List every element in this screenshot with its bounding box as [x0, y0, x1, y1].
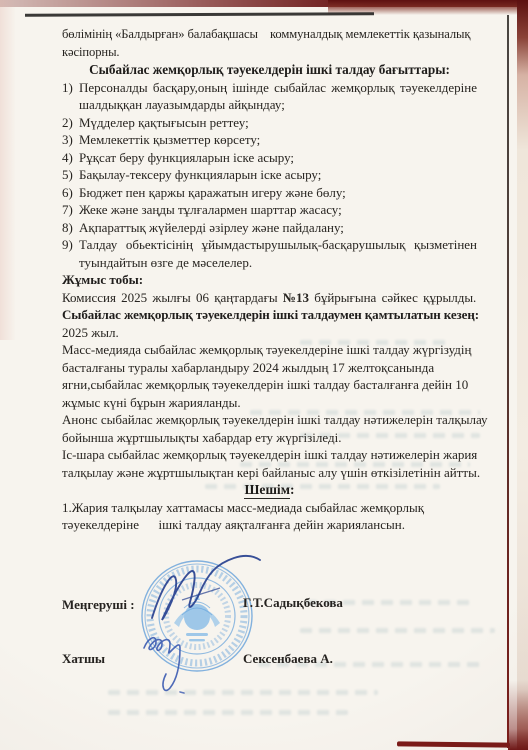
announcement-paragraph: Анонс сыбайлас жемқорлық тәуекелдерін іш…	[62, 411, 477, 446]
list-item-text: Мүдделер қақтығысын реттеу;	[79, 114, 477, 132]
decision-heading-text: Шешім	[244, 482, 289, 499]
list-item: 3)Мемлекеттік қызметтер көрсету;	[62, 131, 477, 149]
right-page-edge	[517, 0, 528, 750]
decision-heading: Шешім:	[62, 481, 477, 499]
list-item-number: 7)	[62, 201, 79, 219]
bottom-right-red-corner	[508, 680, 528, 750]
list-item: 9)Талдау обьектісінің ұйымдастырушылық-б…	[62, 236, 477, 271]
secretary-role-label: Хатшы	[62, 651, 105, 667]
list-item-text: Рұқсат беру функцияларын іске асыру;	[79, 149, 477, 167]
list-item-number: 8)	[62, 219, 79, 237]
list-item-text: Мемлекеттік қызметтер көрсету;	[79, 131, 477, 149]
list-item-text: Бақылау-тексеру функцияларын іске асыру;	[79, 166, 477, 184]
list-item-text: Ақпараттық жүйелерді әзірлеу және пайдал…	[79, 219, 477, 237]
list-item-number: 3)	[62, 131, 79, 149]
list-item-number: 6)	[62, 184, 79, 202]
analysis-period-value: 2025 жыл.	[62, 324, 477, 342]
decision-heading-colon: :	[290, 482, 295, 497]
list-item-number: 5)	[62, 166, 79, 184]
left-edge-tint	[0, 0, 16, 340]
list-item: 2)Мүдделер қақтығысын реттеу;	[62, 114, 477, 132]
page-fold-line	[507, 15, 509, 748]
list-item: 8)Ақпараттық жүйелерді әзірлеу және пайд…	[62, 219, 477, 237]
list-item-text: Талдау обьектісінің ұйымдастырушылық-бас…	[79, 236, 477, 271]
list-item-number: 1)	[62, 79, 79, 114]
list-item-text: Жеке және заңды тұлғалармен шарттар жаса…	[79, 201, 477, 219]
document-body: бөлімінің «Балдырған» балабақшасы коммун…	[62, 26, 477, 534]
list-item-text: Персоналды басқару,оның ішінде сыбайлас …	[79, 79, 477, 114]
list-item-number: 4)	[62, 149, 79, 167]
intro-paragraph: бөлімінің «Балдырған» балабақшасы коммун…	[62, 26, 477, 61]
list-item-number: 9)	[62, 236, 79, 271]
signature-manager	[142, 548, 282, 633]
decision-item: 1.Жария талқылау хаттамасы масс-медиада …	[62, 499, 477, 534]
directions-heading: Сыбайлас жемқорлық тәуекелдерін ішкі тал…	[62, 61, 477, 79]
commission-line: Комиссия 2025 жылғы 06 қаңтардағы №13 бұ…	[62, 289, 477, 307]
commission-pre: Комиссия 2025 жылғы 06 қаңтардағы	[62, 290, 283, 305]
bottom-red-border	[397, 741, 510, 747]
list-item: 7)Жеке және заңды тұлғалармен шарттар жа…	[62, 201, 477, 219]
work-group-label: Жұмыс тобы:	[62, 271, 477, 289]
commission-post: бұйрығына сәйкес құрылды.	[309, 290, 476, 305]
list-item: 4)Рұқсат беру функцияларын іске асыру;	[62, 149, 477, 167]
bleed-through-mark	[300, 628, 495, 633]
horizontal-rule	[25, 12, 374, 16]
list-item-text: Бюджет пен қаржы қаражатын игеру және бө…	[79, 184, 477, 202]
list-item: 6)Бюджет пен қаржы қаражатын игеру және …	[62, 184, 477, 202]
list-item: 1)Персоналды басқару,оның ішінде сыбайла…	[62, 79, 477, 114]
list-item: 5)Бақылау-тексеру функцияларын іске асыр…	[62, 166, 477, 184]
manager-role-label: Меңгеруші :	[62, 597, 135, 613]
analysis-period-label: Сыбайлас жемқорлық тәуекелдерін ішкі тал…	[62, 306, 477, 324]
directions-list: 1)Персоналды басқару,оның ішінде сыбайла…	[62, 79, 477, 272]
event-paragraph: Іс-шара сыбайлас жемқорлық тәуекелдерін …	[62, 446, 477, 481]
secretary-name: Сексенбаева А.	[243, 651, 333, 667]
bleed-through-mark	[108, 710, 348, 715]
mass-media-paragraph: Масс-медияда сыбайлас жемқорлық тәуекелд…	[62, 341, 477, 411]
order-number: №13	[283, 290, 309, 305]
signature-secretary	[136, 622, 214, 700]
list-item-number: 2)	[62, 114, 79, 132]
manager-name: Г.Т.Садықбекова	[243, 595, 343, 611]
